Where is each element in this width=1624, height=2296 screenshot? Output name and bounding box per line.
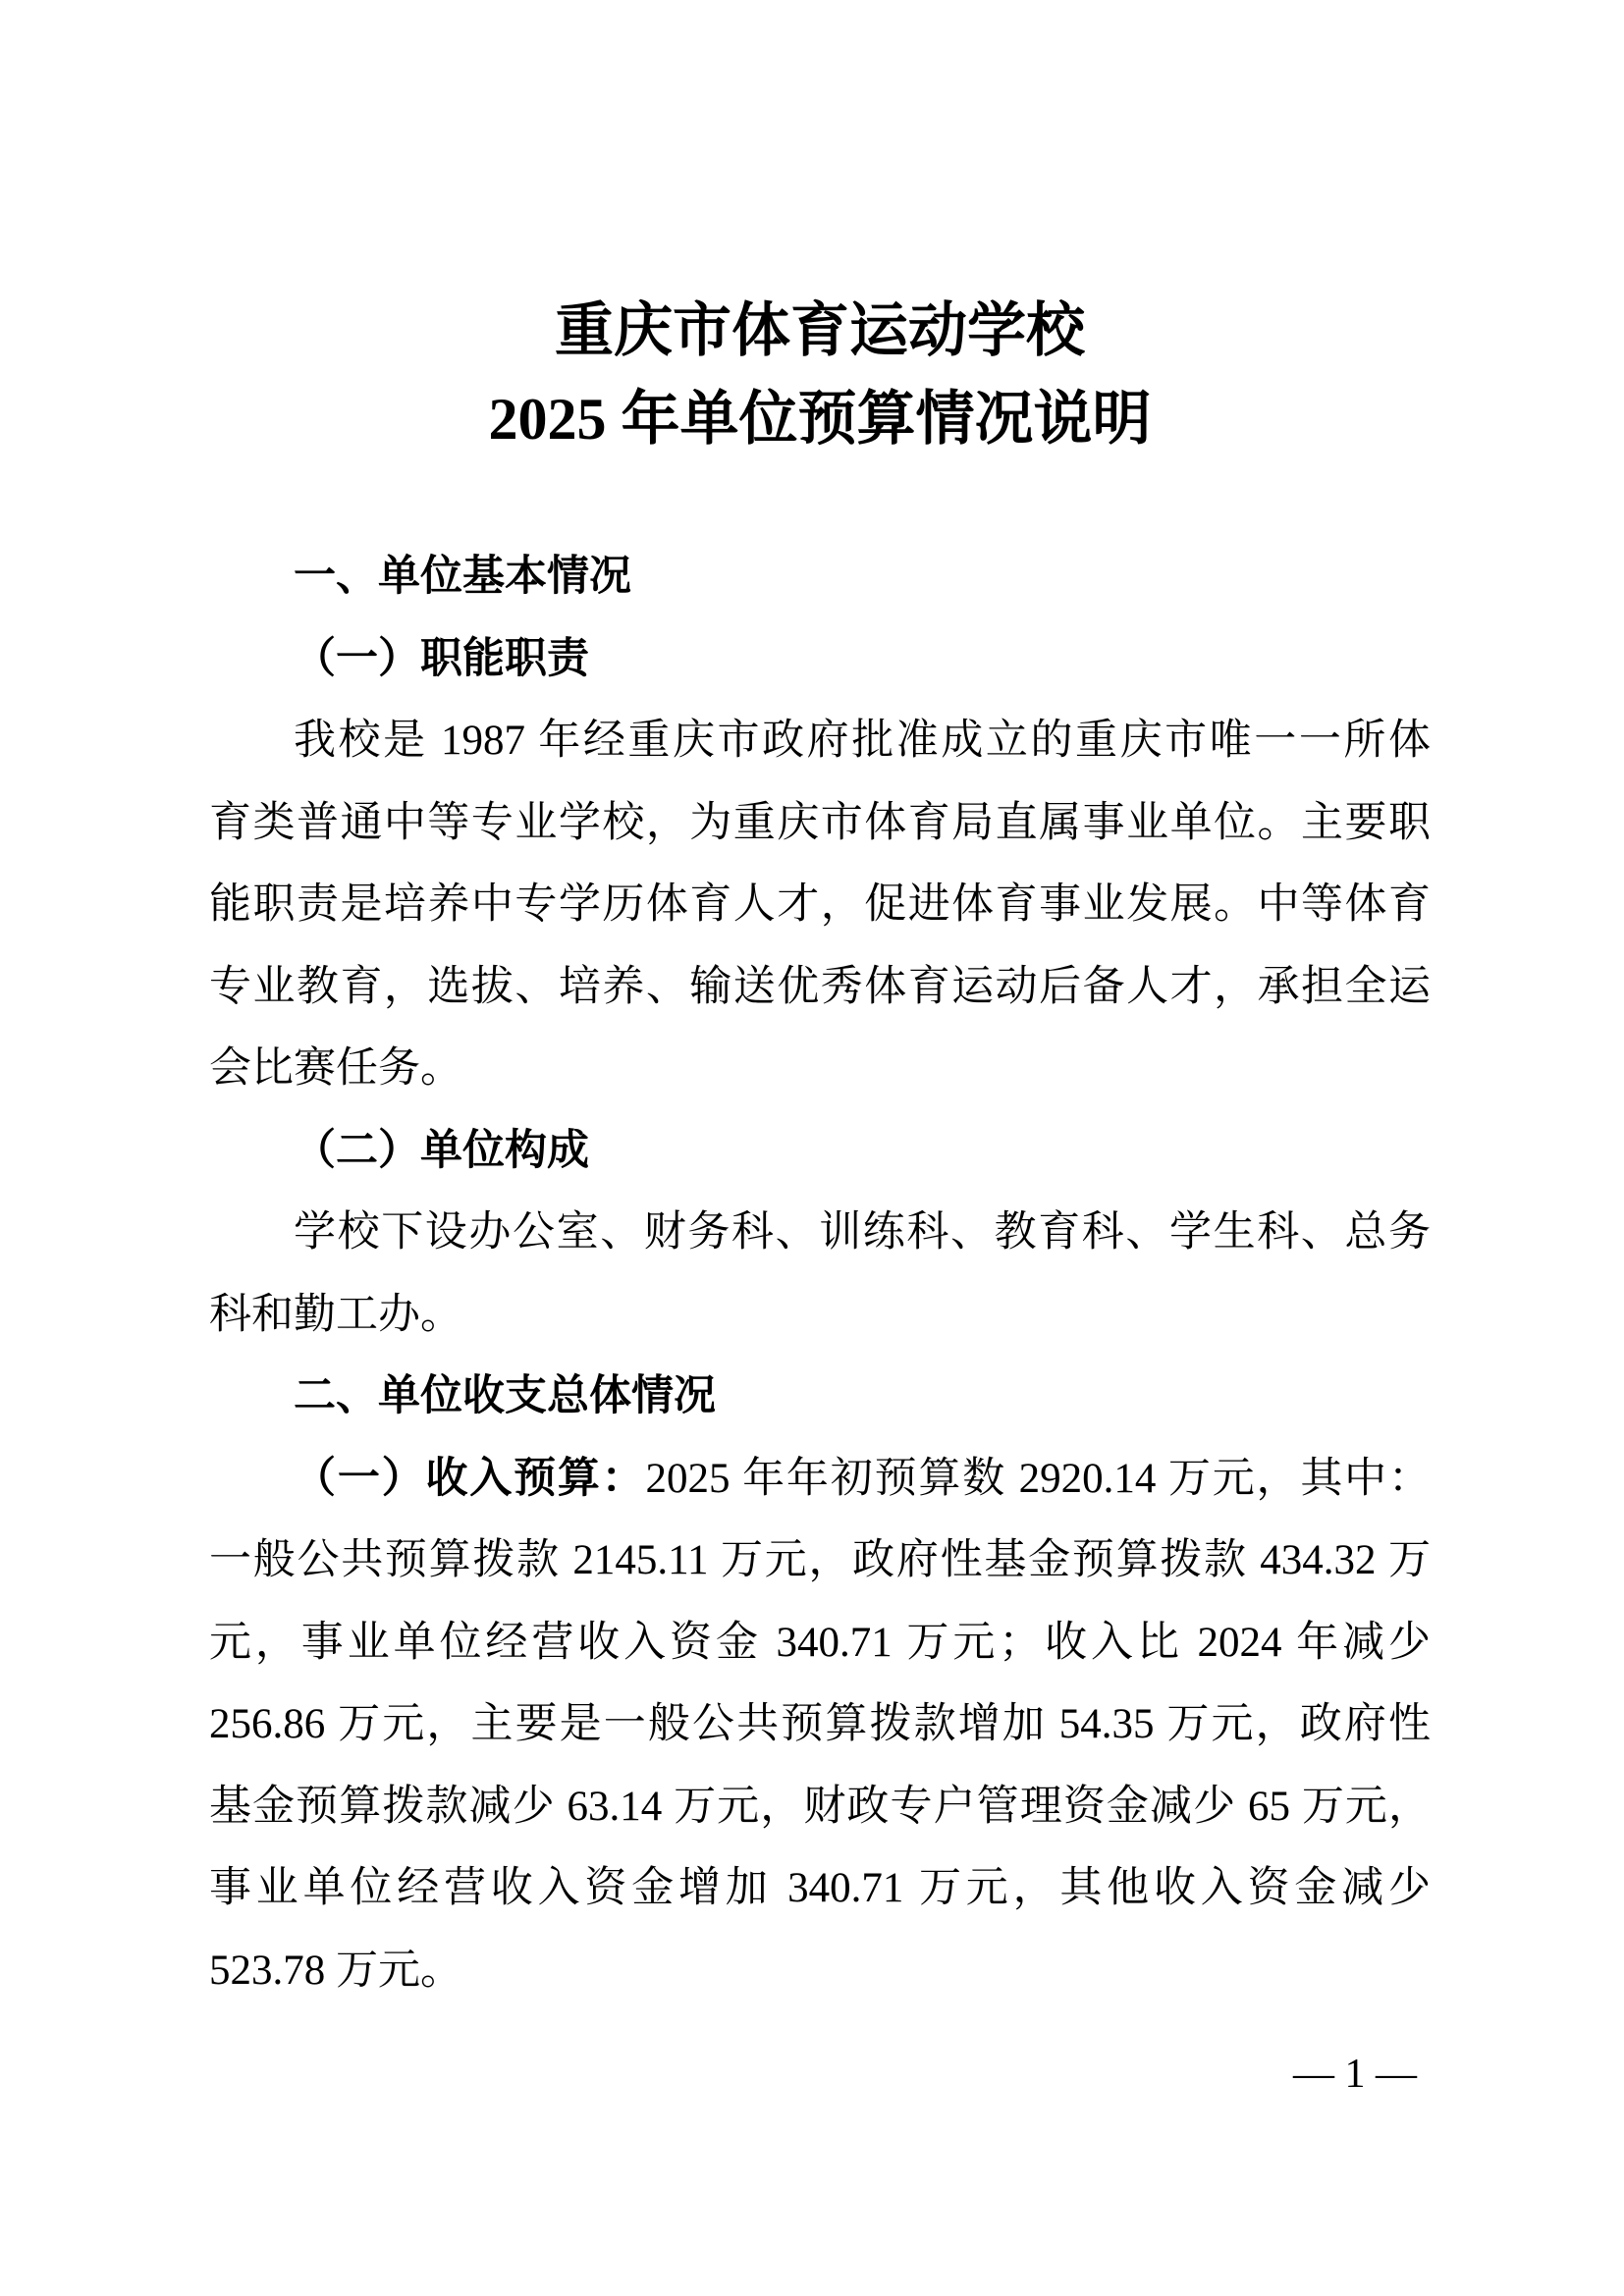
document-page: 重庆市体育运动学校 2025 年单位预算情况说明 一、单位基本情况 （一）职能职… [0,0,1624,2296]
paragraph-line: 学校下设办公室、财务科、训练科、教育科、学生科、总务 [209,1192,1431,1274]
document-body: 一、单位基本情况 （一）职能职责 我校是 1987 年经重庆市政府批准成立的重庆… [209,536,1431,2011]
paragraph-line: 会比赛任务。 [209,1028,1431,1110]
paragraph-line: 基金预算拨款减少 63.14 万元，财政专户管理资金减少 65 万元， [209,1766,1431,1848]
section-heading-1: 一、单位基本情况 [209,536,1431,618]
subsection-heading-2: （二）单位构成 [209,1110,1431,1193]
paragraph-line: 专业教育，选拔、培养、输送优秀体育运动后备人才，承担全运 [209,946,1431,1029]
paragraph-line: 我校是 1987 年经重庆市政府批准成立的重庆市唯一一所体 [209,700,1431,782]
paragraph-line: 科和勤工办。 [209,1274,1431,1357]
paragraph-line: 元，事业单位经营收入资金 340.71 万元；收入比 2024 年减少 [209,1602,1431,1684]
content-column: 重庆市体育运动学校 2025 年单位预算情况说明 一、单位基本情况 （一）职能职… [209,0,1431,2011]
paragraph-line: 事业单位经营收入资金增加 340.71 万元，其他收入资金减少 [209,1847,1431,1930]
paragraph-line: 育类普通中等专业学校，为重庆市体育局直属事业单位。主要职 [209,782,1431,865]
paragraph-line-text: 2025 年年初预算数 2920.14 万元，其中： [646,1456,1431,1502]
section-heading-2: 二、单位收支总体情况 [209,1356,1431,1438]
document-title-line-2: 2025 年单位预算情况说明 [209,375,1431,463]
document-title: 重庆市体育运动学校 2025 年单位预算情况说明 [209,287,1431,463]
paragraph-line: 能职责是培养中专学历体育人才，促进体育事业发展。中等体育 [209,864,1431,946]
document-title-line-1: 重庆市体育运动学校 [209,287,1431,375]
paragraph-line: 256.86 万元，主要是一般公共预算拨款增加 54.35 万元，政府性 [209,1683,1431,1766]
subsection-heading-1: （一）职能职责 [209,618,1431,701]
page-number: — 1 — [1293,2051,1417,2098]
paragraph-line: 一般公共预算拨款 2145.11 万元，政府性基金预算拨款 434.32 万 [209,1520,1431,1602]
paragraph-line: （一）收入预算：2025 年年初预算数 2920.14 万元，其中： [209,1438,1431,1521]
paragraph-line: 523.78 万元。 [209,1930,1431,2012]
paragraph-lead-in: （一）收入预算： [294,1456,646,1502]
